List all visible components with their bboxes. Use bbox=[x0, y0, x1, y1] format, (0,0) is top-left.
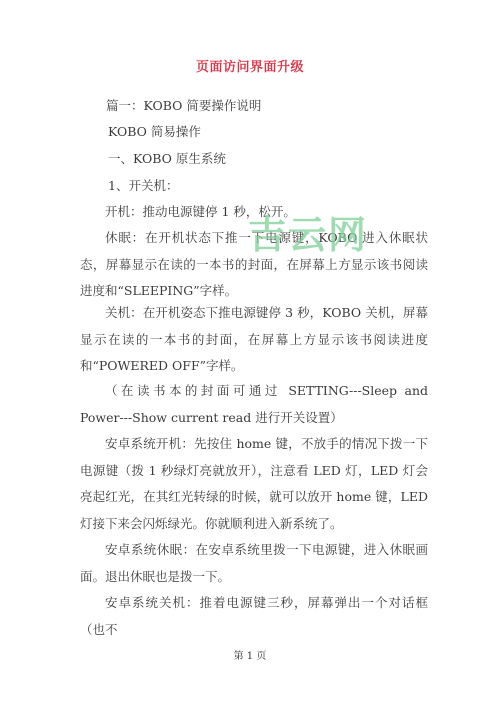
subheading-power: 1、开关机： bbox=[108, 178, 178, 194]
subheading: KOBO 简易操作 bbox=[108, 124, 201, 140]
subheading-native-system: 一、KOBO 原生系统 bbox=[108, 151, 226, 167]
paragraph-android-power-off: 安卓系统关机：推着电源键三秒，屏幕弹出一个对话框（也不 bbox=[80, 590, 428, 643]
paragraph-power-off: 关机：在开机姿态下推电源键停 3 秒，KOBO 关机，屏幕显示在读的一本书的封面… bbox=[80, 300, 428, 380]
paragraph-settings-note: （在读书本的封面可通过 SETTING---Sleep and Power---… bbox=[80, 378, 428, 431]
paragraph-sleep: 休眠：在开机状态下推一下电源键，KOBO 进入休眠状态，屏幕显示在读的一本书的封… bbox=[80, 225, 428, 305]
section-heading: 篇一：KOBO 简要操作说明 bbox=[106, 98, 261, 114]
paragraph-android-sleep: 安卓系统休眠：在安卓系统里拨一下电源键，进入休眠画面。退出休眠也是拨一下。 bbox=[80, 537, 428, 590]
document-title: 页面访问界面升级 bbox=[0, 56, 500, 75]
document-page: 页面访问界面升级 篇一：KOBO 简要操作说明 KOBO 简易操作 一、KOBO… bbox=[0, 0, 500, 707]
page-number: 第 1 页 bbox=[0, 647, 500, 662]
paragraph-power-on: 开机：推动电源键停 1 秒，松开。 bbox=[80, 199, 428, 226]
paragraph-android-power-on: 安卓系统开机：先按住 home 键，不放手的情况下拨一下电源键（拨 1 秒绿灯亮… bbox=[80, 431, 428, 537]
